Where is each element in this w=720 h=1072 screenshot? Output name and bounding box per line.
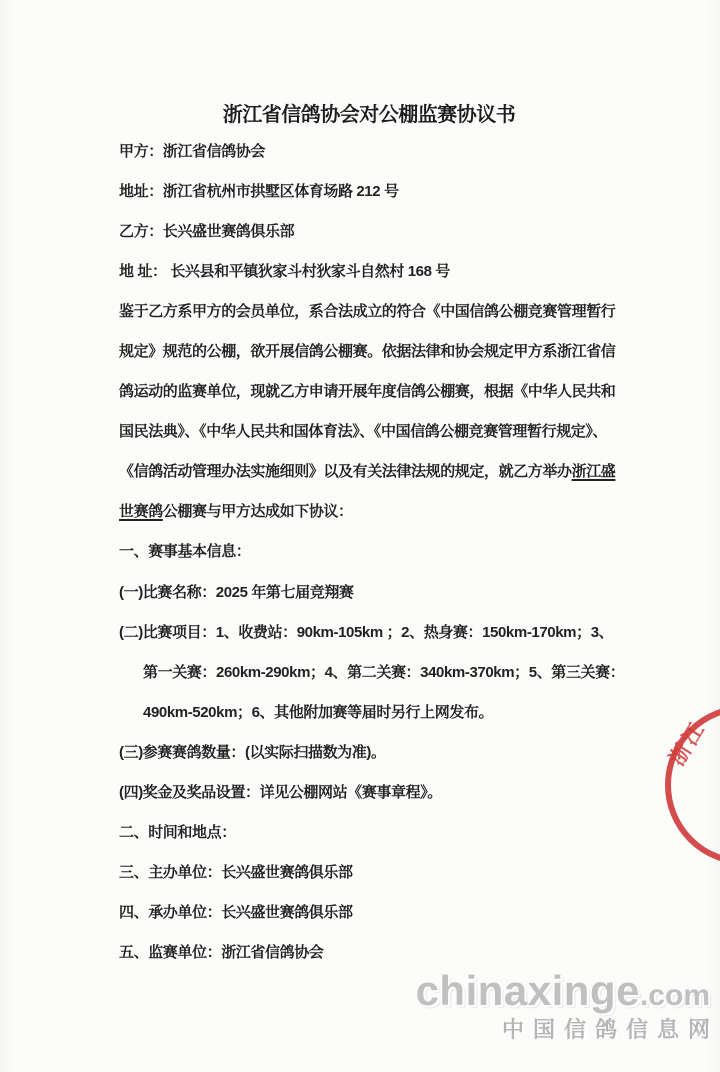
- document-line: 四、承办单位：长兴盛世赛鸽俱乐部: [119, 892, 680, 932]
- document-line: 地址：浙江省杭州市拱墅区体育场路 212 号: [119, 170, 680, 210]
- document-line: 国民法典》、《中华人民共和国体育法》、《中国信鸽公棚竞赛管理暂行规定》、: [119, 411, 680, 451]
- document-line: (三)参赛赛鸽数量：(以实际扫描数为准)。: [119, 731, 680, 771]
- document-line: 规定》规范的公棚，欲开展信鸽公棚赛。依据法律和协会规定甲方系浙江省信: [119, 330, 680, 370]
- watermark: chinaxinge.com 中国信鸽信息网: [416, 970, 710, 1041]
- line-text: 规定》规范的公棚，欲开展信鸽公棚赛。依据法律和协会规定甲方系浙江省信: [119, 340, 615, 361]
- document-line: 三、主办单位：长兴盛世赛鸽俱乐部: [119, 852, 680, 892]
- line-text: 鉴于乙方系甲方的会员单位，系合法成立的符合《中国信鸽公棚竞赛管理暂行: [119, 300, 615, 321]
- line-text: 三、主办单位：长兴盛世赛鸽俱乐部: [119, 861, 353, 882]
- document-line: 一、赛事基本信息：: [119, 531, 680, 571]
- line-text: 二、时间和地点：: [119, 821, 236, 842]
- line-text: 地 址： 长兴县和平镇狄家斗村狄家斗自然村 168 号: [119, 260, 450, 281]
- document-line: (四)奖金及奖品设置：详见公棚网站《赛事章程》。: [119, 772, 680, 812]
- line-text: 地址：浙江省杭州市拱墅区体育场路 212 号: [119, 180, 399, 201]
- document-line: 490km-520km；6、其他附加赛等届时另行上网发布。: [119, 691, 680, 731]
- document-line: 鸽运动的监赛单位，现就乙方申请开展年度信鸽公棚赛，根据《中华人民共和: [119, 371, 680, 411]
- watermark-brand: chinaxinge: [416, 967, 640, 1014]
- line-text: 《信鸽活动管理办法实施细则》以及有关法律法规的规定，就乙方举办: [119, 460, 572, 481]
- underlined-text: 世赛鸽: [119, 500, 163, 521]
- line-text: 公棚赛与甲方达成如下协议：: [163, 500, 353, 521]
- line-text: 甲方：浙江省信鸽协会: [119, 140, 265, 161]
- scanned-agreement-page: 浙江省信鸽协会对公棚监赛协议书 甲方：浙江省信鸽协会地址：浙江省杭州市拱墅区体育…: [0, 0, 720, 1072]
- line-text: 第一关赛：260km-290km；4、第二关赛：340km-370km；5、第三…: [143, 661, 624, 682]
- document-line: 《信鸽活动管理办法实施细则》以及有关法律法规的规定，就乙方举办浙江盛: [119, 451, 680, 491]
- line-text: 490km-520km；6、其他附加赛等届时另行上网发布。: [143, 701, 493, 722]
- watermark-tld: .com: [640, 979, 710, 1012]
- line-text: (二)比赛项目：1、收费站：90km-105km ；2、热身赛：150km-17…: [119, 621, 613, 642]
- line-text: (一)比赛名称：2025 年第七届竞翔赛: [119, 581, 354, 602]
- document-line: 世赛鸽公棚赛与甲方达成如下协议：: [119, 491, 680, 531]
- document-line: (一)比赛名称：2025 年第七届竞翔赛: [119, 571, 680, 611]
- document-line: (二)比赛项目：1、收费站：90km-105km ；2、热身赛：150km-17…: [119, 611, 680, 651]
- document-line: 二、时间和地点：: [119, 812, 680, 852]
- document-line: 第一关赛：260km-290km；4、第二关赛：340km-370km；5、第三…: [119, 651, 680, 691]
- line-text: 国民法典》、《中华人民共和国体育法》、《中国信鸽公棚竞赛管理暂行规定》、: [119, 420, 607, 441]
- document-line: 乙方：长兴盛世赛鸽俱乐部: [119, 210, 680, 250]
- watermark-caption: 中国信鸽信息网: [416, 1019, 719, 1041]
- line-text: 一、赛事基本信息：: [119, 540, 250, 561]
- document-line: 地 址： 长兴县和平镇狄家斗村狄家斗自然村 168 号: [119, 250, 680, 290]
- underlined-text: 浙江盛: [572, 460, 616, 481]
- document-line: 甲方：浙江省信鸽协会: [119, 130, 680, 170]
- document-title: 浙江省信鸽协会对公棚监赛协议书: [0, 98, 720, 127]
- line-text: (四)奖金及奖品设置：详见公棚网站《赛事章程》。: [119, 781, 442, 802]
- line-text: 鸽运动的监赛单位，现就乙方申请开展年度信鸽公棚赛，根据《中华人民共和: [119, 380, 615, 401]
- document-body: 甲方：浙江省信鸽协会地址：浙江省杭州市拱墅区体育场路 212 号乙方：长兴盛世赛…: [119, 130, 680, 972]
- document-line: 五、监赛单位：浙江省信鸽协会: [119, 932, 680, 972]
- watermark-logo: chinaxinge.com: [416, 970, 710, 1012]
- line-text: (三)参赛赛鸽数量：(以实际扫描数为准)。: [119, 741, 386, 762]
- line-text: 乙方：长兴盛世赛鸽俱乐部: [119, 220, 294, 241]
- line-text: 五、监赛单位：浙江省信鸽协会: [119, 941, 323, 962]
- line-text: 四、承办单位：长兴盛世赛鸽俱乐部: [119, 901, 353, 922]
- document-line: 鉴于乙方系甲方的会员单位，系合法成立的符合《中国信鸽公棚竞赛管理暂行: [119, 290, 680, 330]
